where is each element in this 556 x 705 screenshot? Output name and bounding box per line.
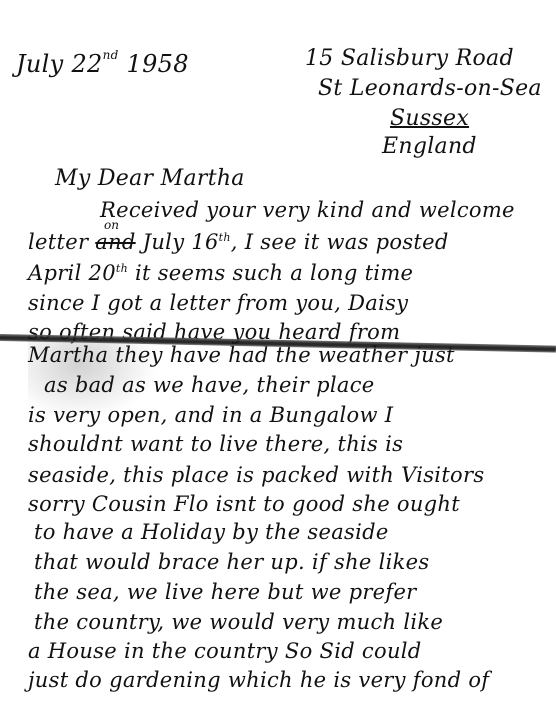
address-line-3: Sussex — [390, 108, 469, 130]
body-line-8: is very open, and in a Bungalow I — [28, 405, 393, 426]
struck-word-and: and — [95, 230, 135, 254]
letter-date: July 22nd 1958 — [16, 52, 189, 76]
body-line-3: April 20th it seems such a long time — [28, 263, 413, 284]
address-line-2: St Leonards-on-Sea — [318, 78, 542, 100]
body-line-14: the sea, we live here but we prefer — [34, 582, 417, 603]
date-day-suffix: nd — [103, 48, 119, 62]
body-line-12: to have a Holiday by the seaside — [34, 522, 389, 543]
body-line-4: since I got a letter from you, Daisy — [28, 293, 408, 314]
date-month: July — [16, 50, 64, 78]
body-line-17: just do gardening which he is very fond … — [28, 670, 489, 691]
body-line-15: the country, we would very much like — [34, 612, 443, 633]
address-line-4: England — [382, 136, 477, 158]
salutation: My Dear Martha — [55, 168, 245, 190]
body-line-11: sorry Cousin Flo isnt to good she ought — [28, 494, 460, 515]
body-line-9: shouldnt want to live there, this is — [28, 434, 403, 455]
body-line-1: Received your very kind and welcome — [100, 200, 515, 221]
body-line-7: as bad as we have, their place — [44, 375, 374, 396]
body-line-10: seaside, this place is packed with Visit… — [28, 465, 484, 486]
date-year: 1958 — [127, 50, 189, 78]
body-line-2: letter and July 16th, I see it was poste… — [28, 232, 449, 253]
letter-page: July 22nd 1958 15 Salisbury Road St Leon… — [0, 0, 556, 705]
address-line-1: 15 Salisbury Road — [305, 48, 514, 70]
body-line-16: a House in the country So Sid could — [28, 641, 422, 662]
body-line-13: that would brace her up. if she likes — [34, 552, 429, 573]
date-day: 22 — [71, 50, 102, 78]
